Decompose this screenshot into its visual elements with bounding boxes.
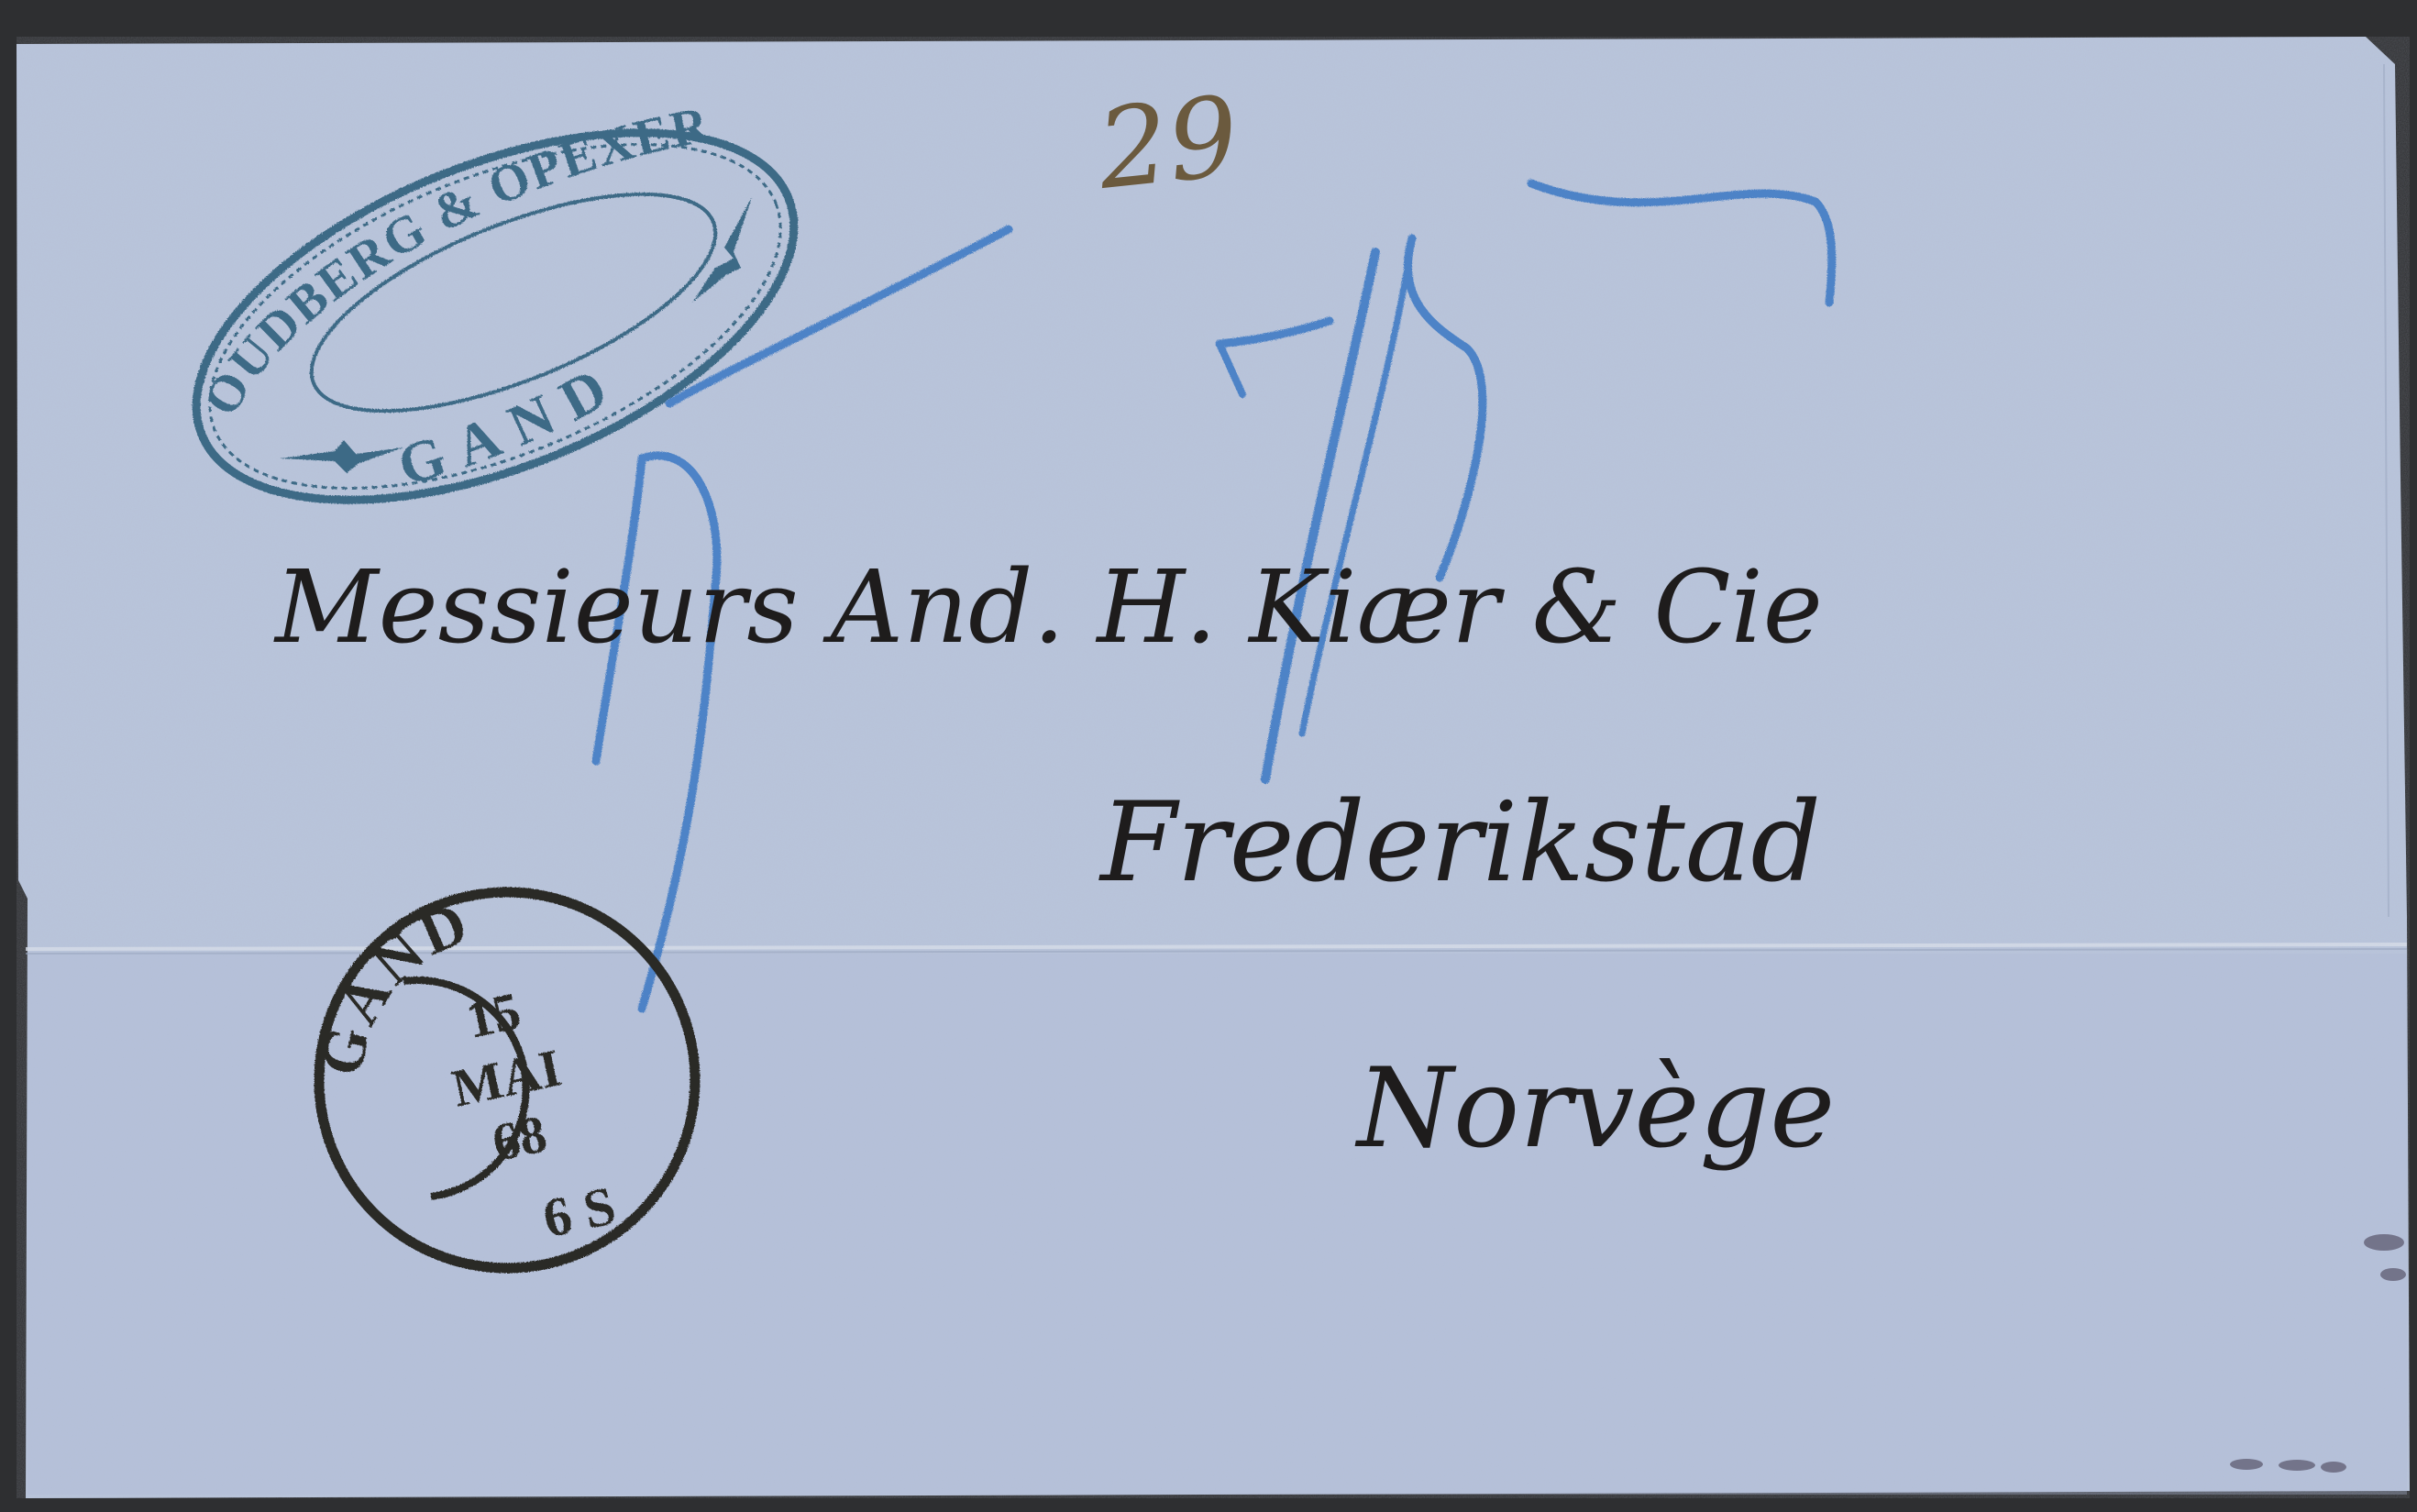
postal-cover-photo: OUDBERG & OPEXER GAND 29 Messieurs And. … bbox=[0, 0, 2417, 1512]
docket-number: 29 bbox=[1091, 73, 1244, 215]
address-line-1: Messieurs And. H. Kiær & Cie bbox=[273, 548, 1823, 666]
address-line-2: Frederikstad bbox=[1098, 779, 1821, 907]
address-line-3: Norvège bbox=[1354, 1045, 1835, 1173]
